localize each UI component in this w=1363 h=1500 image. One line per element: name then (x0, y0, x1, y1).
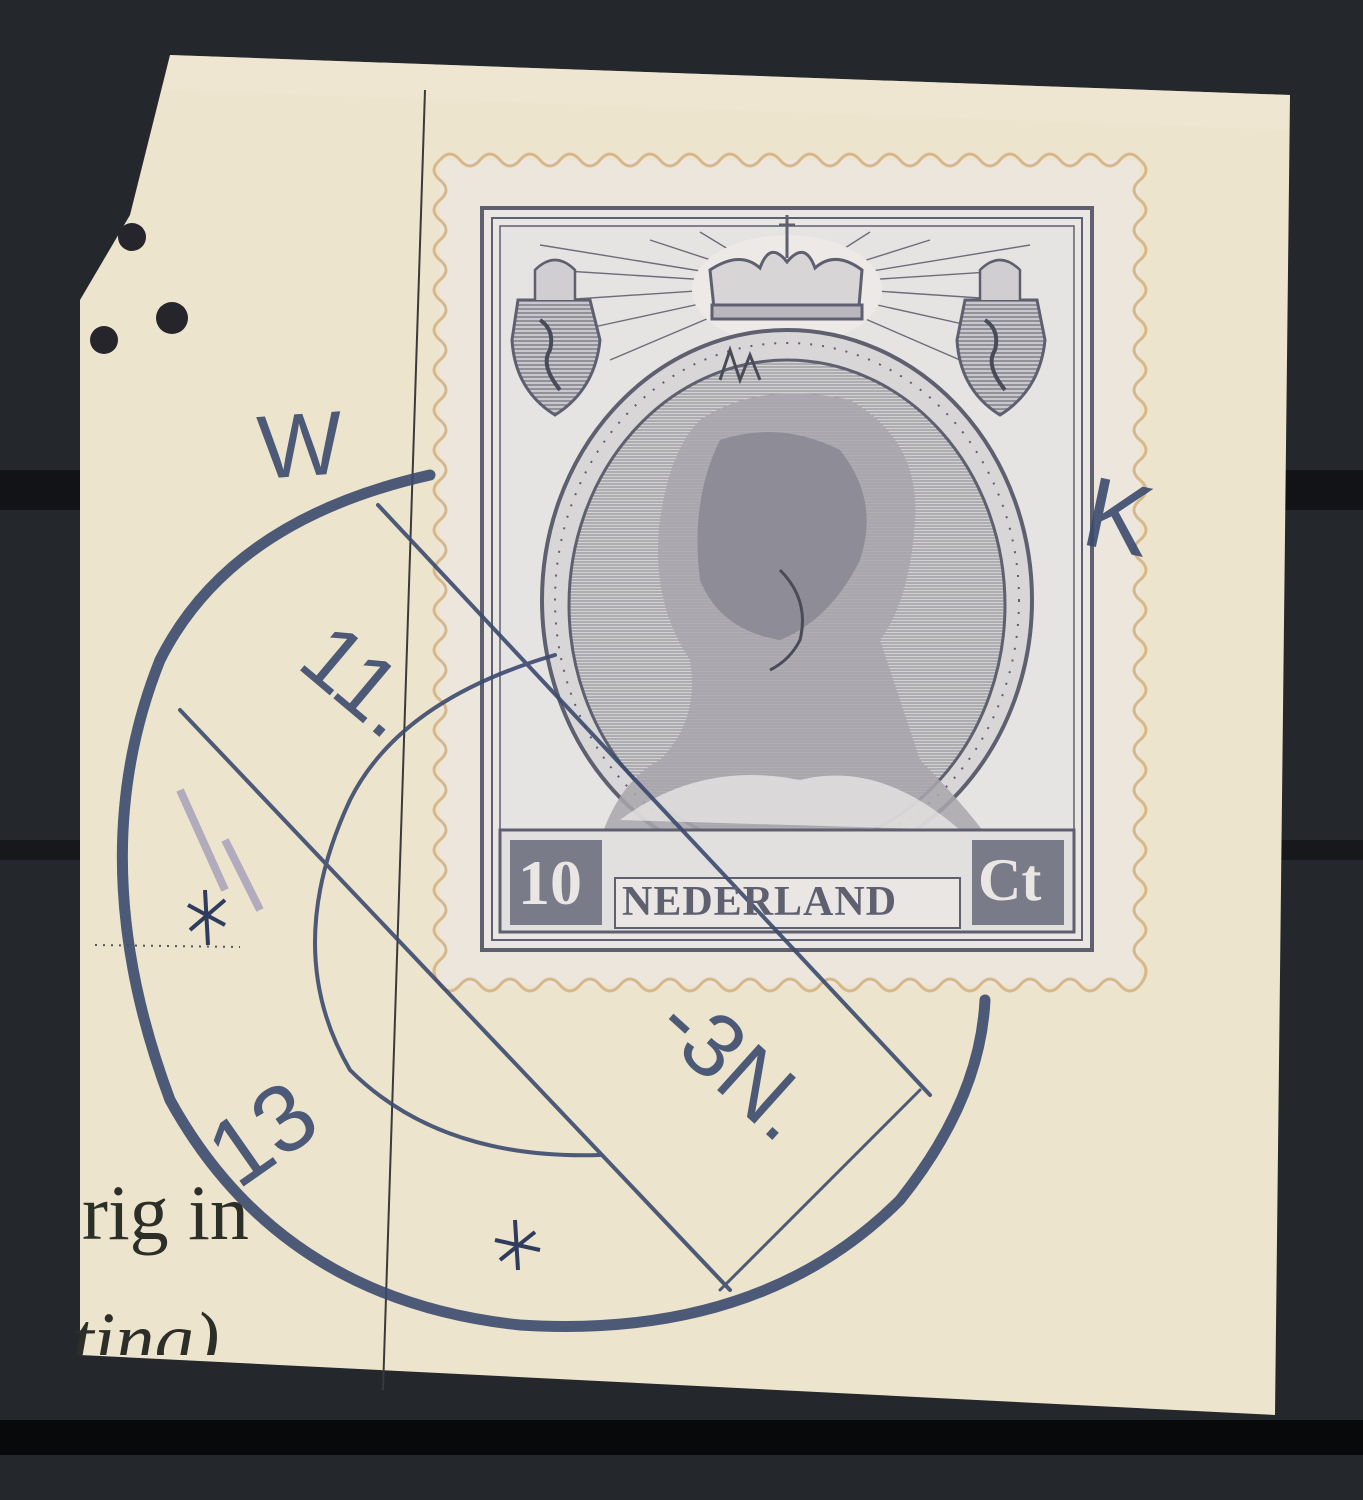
stamp-country-label: NEDERLAND (622, 878, 897, 926)
stamp-illustration (0, 0, 1363, 1500)
stamp-value-unit: Ct (978, 846, 1041, 915)
paper-text-line2: ting) (72, 1295, 219, 1355)
paper-text-line1: rig in (82, 1168, 249, 1258)
stamp-photo: 10 Ct NEDERLAND W K 11. -3N. 13 rig in t… (0, 0, 1363, 1500)
postmark-place-left: W (255, 392, 347, 501)
stamp-value-numeral: 10 (518, 846, 582, 920)
